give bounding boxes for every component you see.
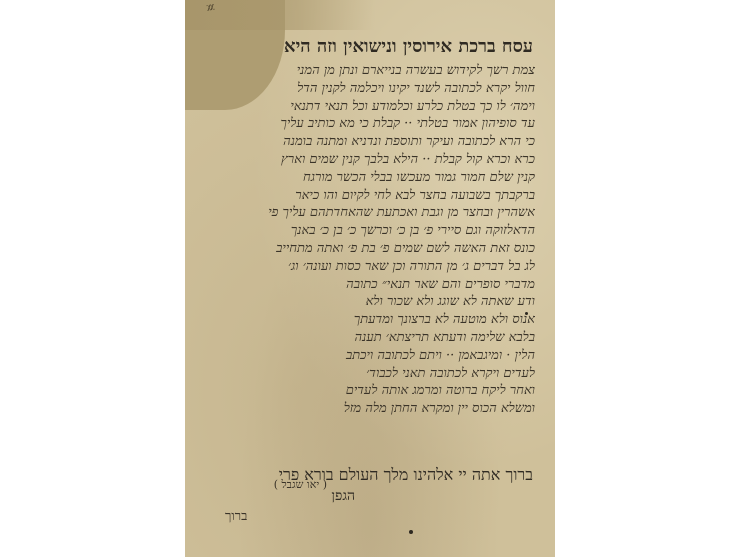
text-line: כונס זאת האשה לשם שמים פ׳ בת פ׳ ואתה מתח…	[205, 240, 535, 258]
text-line: צמת רשך לקידוש בעשרה בנייארם ונתן מן המנ…	[205, 62, 535, 80]
text-line: מדברי סופרים והם שאר תנאי״ כתובה	[285, 276, 535, 294]
manuscript-page: ᵡᵡ עסח ברכת אירוסין ונישואין וזה היא צמת…	[185, 0, 555, 557]
text-line: חוול יקרא לכתובה לשנד יקינו ויכלמה לקנין…	[205, 80, 535, 98]
text-line: ומשלא הכוס יין ומקרא החתן מלה מזל	[285, 400, 535, 418]
ink-dot	[409, 530, 413, 534]
page-title: עסח ברכת אירוסין ונישואין וזה היא	[284, 36, 533, 57]
body-text: צמת רשך לקידוש בעשרה בנייארם ונתן מן המנ…	[205, 62, 535, 418]
text-line: אשהרין ובחצר מן וגבת ואכתעת שהאחדתהם עלי…	[205, 204, 535, 222]
text-line: קנין שלם חמור גמור מעכשו בבלי הכשר מורגח	[205, 169, 535, 187]
text-line: לעדים ויקרא לכתובה תאני לכבוד׳	[285, 365, 535, 383]
text-line: לג בל דברים ג׳ מן התורה וכן שאר כסות ועו…	[205, 258, 535, 276]
text-line: הלין · ומיגבאמן ·· ויתם לכתובה ויכתב	[285, 347, 535, 365]
text-line: עד סופיהון אמור בטלתי ·· קבלת כי מא כותי…	[205, 115, 535, 133]
text-line: ודע שאתה לא שוגג ולא שכור ולא	[285, 293, 535, 311]
text-line: בלבא שלימה ודעתא תריצתא׳ תענה	[285, 329, 535, 347]
text-line: כי הרא לכתובה ועיקר ותוספת ונדניא ומתנה …	[205, 133, 535, 151]
text-line: כרא וכרא קול קבלת ·· הילא בלבך קנין שמים…	[205, 151, 535, 169]
text-line: הדאלזוקה וגם סיירי פ׳ בן כ׳ וכרשך כ׳ בן …	[205, 222, 535, 240]
text-line: ואחר ליקח ברוטה ומרמג אותה לעדים	[285, 382, 535, 400]
text-line: אנוס ולא מוטעה לא ברצונך ומדעתך	[285, 311, 535, 329]
text-line: ברקבתך בשבועה בחצר לבא לחי לקיום והו כיא…	[205, 187, 535, 205]
blessing-note: ( יאו שגבל )	[274, 478, 327, 491]
text-line: וימה׳ לו כך בטלת כלרע וכלמודע וכל תנאי ד…	[205, 98, 535, 116]
catchword: ברוך	[225, 508, 247, 524]
ink-dot	[525, 312, 528, 315]
blessing-line-2: הגפן	[331, 488, 355, 505]
